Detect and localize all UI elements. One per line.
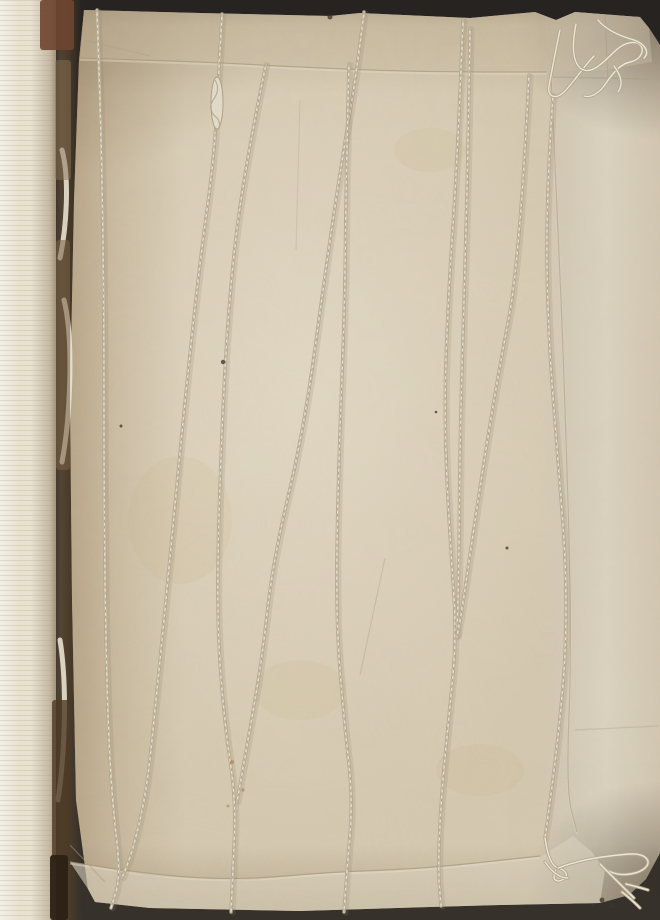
dark-speck bbox=[592, 904, 595, 907]
manuscript-photo bbox=[0, 0, 660, 920]
leather-patch bbox=[56, 240, 70, 470]
parchment-grain bbox=[62, 6, 660, 914]
leather-patch bbox=[40, 0, 74, 50]
leather-patch bbox=[55, 60, 71, 180]
dark-speck bbox=[610, 904, 613, 907]
leather-patch bbox=[52, 700, 70, 860]
spine-debris-group bbox=[40, 0, 74, 920]
leather-patch bbox=[50, 855, 68, 920]
binding-overlay bbox=[0, 0, 660, 920]
